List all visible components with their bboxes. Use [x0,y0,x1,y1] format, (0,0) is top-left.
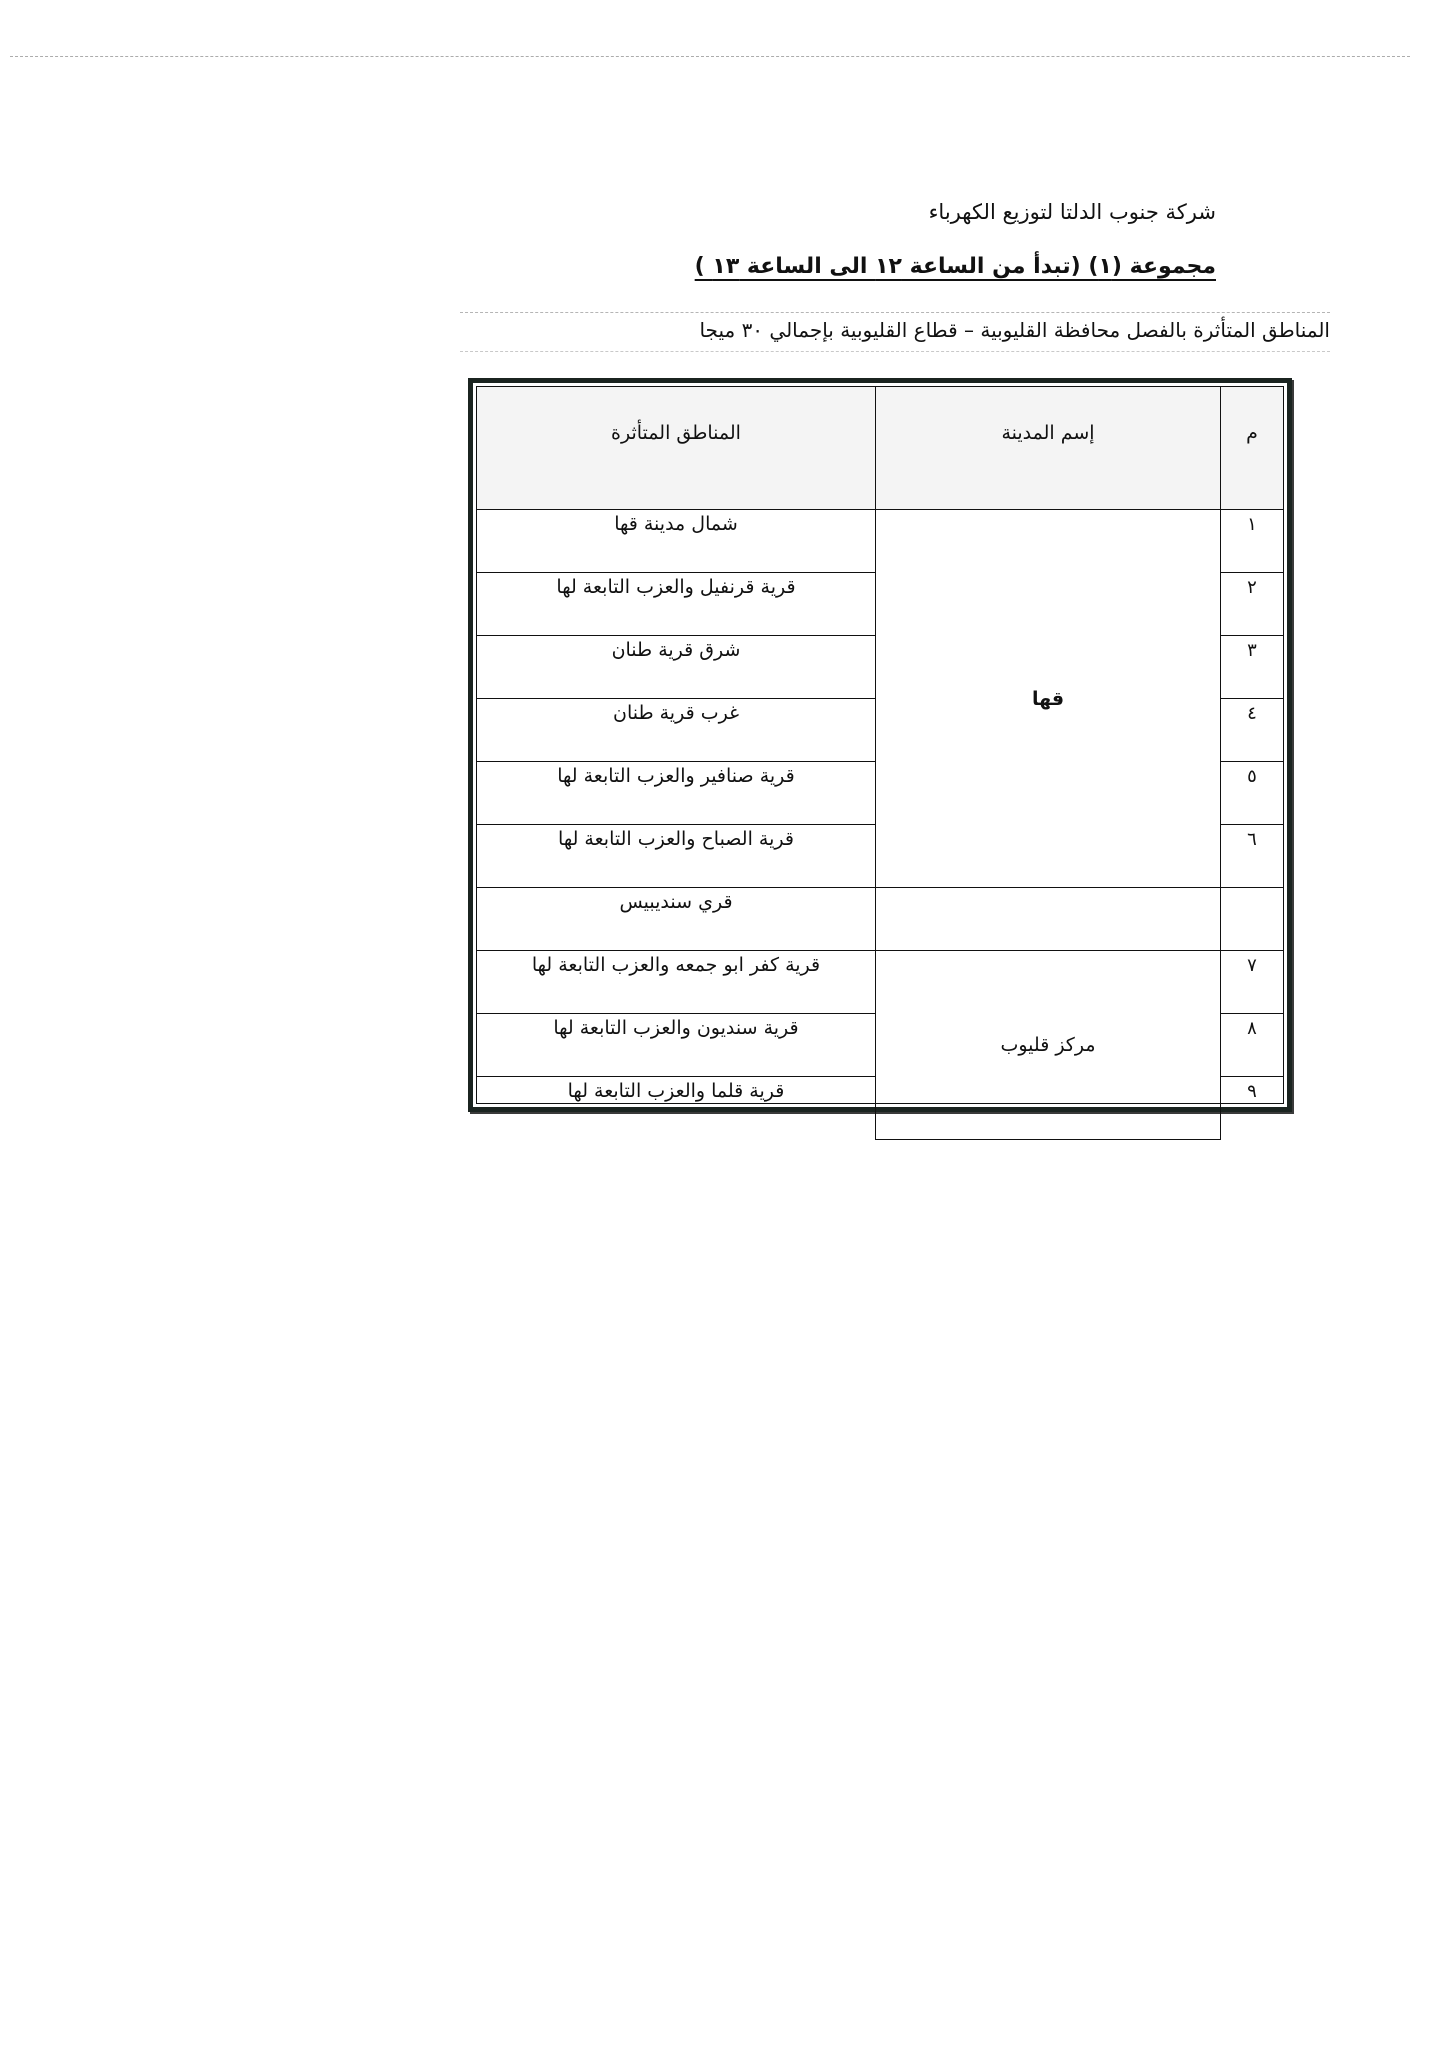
row-number [1221,888,1284,951]
area-cell: شمال مدينة قها [477,510,876,573]
row-number: ٢ [1221,573,1284,636]
area-cell: قرية قرنفيل والعزب التابعة لها [477,573,876,636]
header-areas: المناطق المتأثرة [477,387,876,510]
header-num: م [1221,387,1284,510]
area-cell: قرية كفر ابو جمعه والعزب التابعة لها [477,951,876,1014]
company-name: شركة جنوب الدلتا لتوزيع الكهرباء [929,200,1216,224]
table-row: ١ قها شمال مدينة قها [477,510,1283,573]
area-cell: قري سنديبيس [477,888,876,951]
affected-areas-table: م إسم المدينة المناطق المتأثرة ١ قها شما… [477,387,1283,1140]
scan-artifact-line [10,56,1410,57]
area-cell: قرية سنديون والعزب التابعة لها [477,1014,876,1077]
row-number: ٦ [1221,825,1284,888]
subtitle: المناطق المتأثرة بالفصل محافظة القليوبية… [699,318,1330,342]
header-city: إسم المدينة [876,387,1221,510]
table-row: قري سنديبيس [477,888,1283,951]
row-number: ٨ [1221,1014,1284,1077]
area-cell: غرب قرية طنان [477,699,876,762]
area-cell: قرية صنافير والعزب التابعة لها [477,762,876,825]
city-cell: قها [876,510,1221,888]
group-title: مجموعة (١) (تبدأ من الساعة ١٢ الى الساعة… [695,254,1216,279]
area-cell: قرية قلما والعزب التابعة لها [477,1077,876,1140]
area-cell: قرية الصباح والعزب التابعة لها [477,825,876,888]
city-cell: مركز قليوب [876,951,1221,1140]
row-number: ٤ [1221,699,1284,762]
area-cell: شرق قرية طنان [477,636,876,699]
row-number: ٣ [1221,636,1284,699]
city-cell [876,888,1221,951]
table-header-row: م إسم المدينة المناطق المتأثرة [477,387,1283,510]
affected-areas-table-frame: م إسم المدينة المناطق المتأثرة ١ قها شما… [468,378,1292,1112]
row-number: ٩ [1221,1077,1284,1140]
table-row: ٧ مركز قليوب قرية كفر ابو جمعه والعزب ال… [477,951,1283,1014]
row-number: ٧ [1221,951,1284,1014]
row-number: ١ [1221,510,1284,573]
row-number: ٥ [1221,762,1284,825]
table-inner-border: م إسم المدينة المناطق المتأثرة ١ قها شما… [476,386,1284,1104]
